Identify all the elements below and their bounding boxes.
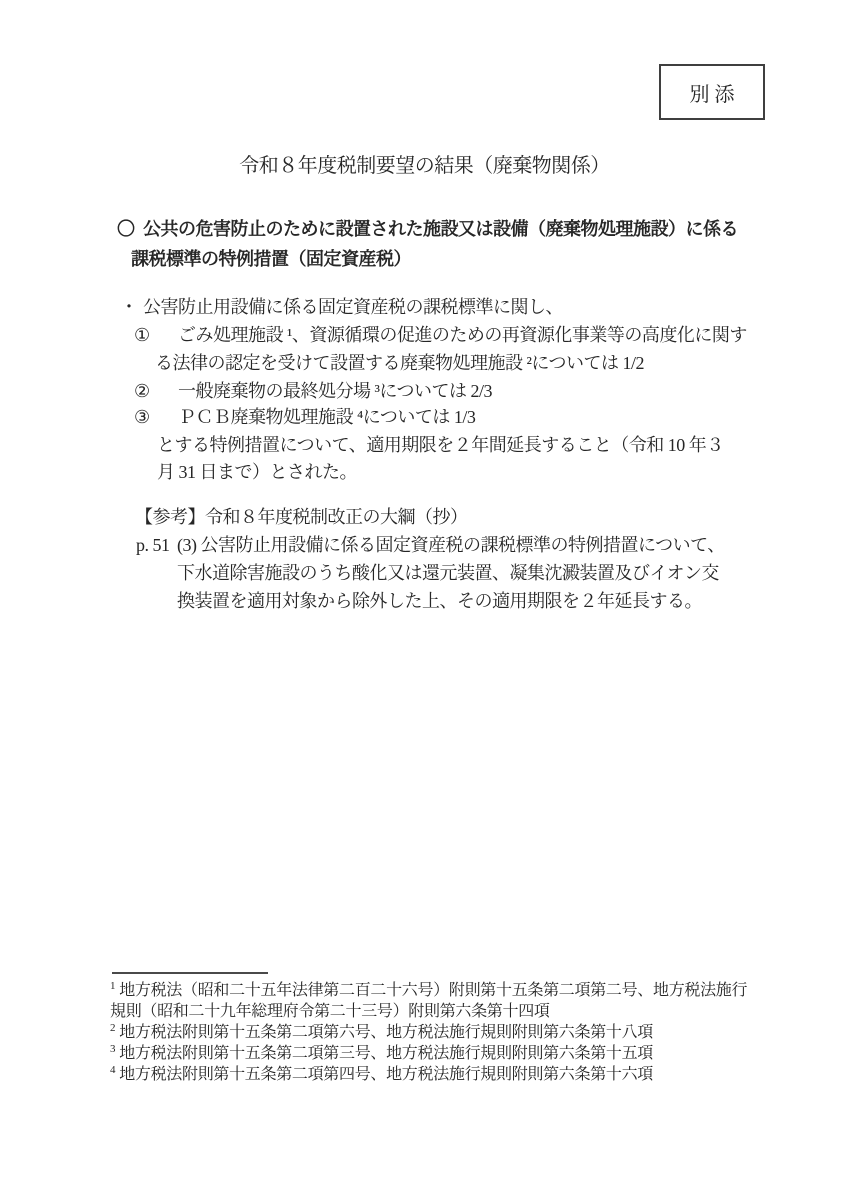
footnote-separator	[112, 972, 268, 974]
item-1-text-line2: る法律の認定を受けて設置する廃棄物処理施設 ²については 1/2	[155, 352, 644, 375]
section-title-line2: 課税標準の特例措置（固定資産税）	[131, 248, 411, 271]
footnote-4: 4地方税法附則第十五条第二項第四号、地方税法施行規則附則第六条第十六項	[110, 1064, 760, 1085]
footnote-1: 1地方税法（昭和二十五年法律第二百二十六号）附則第十五条第二項第二号、地方税法施…	[110, 980, 760, 1022]
footnote-2-marker: 2	[110, 1022, 115, 1034]
conclusion-line1: とする特例措置について、適用期限を２年間延長すること（令和 10 年３	[157, 434, 724, 457]
attachment-label: 別添	[685, 78, 740, 107]
item-2-text: 一般廃棄物の最終処分場 ³については 2/3	[178, 380, 492, 403]
item-3-text: ＰＣＢ廃棄物処理施設 ⁴については 1/3	[178, 406, 475, 429]
page-title: 令和８年度税制要望の結果（廃棄物関係）	[0, 149, 849, 178]
item-2-marker: ②	[134, 380, 150, 403]
bullet-marker: ・	[120, 296, 138, 319]
bullet-text: 公害防止用設備に係る固定資産税の課税標準に関し、	[143, 296, 563, 319]
attachment-box: 別添	[659, 64, 765, 120]
footnote-3-text: 地方税法附則第十五条第二項第三号、地方税法施行規則附則第六条第十五項	[119, 1045, 653, 1062]
item-1-marker: ①	[134, 324, 150, 347]
reference-heading: 【参考】令和８年度税制改正の大綱（抄）	[135, 506, 468, 529]
footnote-1-marker: 1	[110, 980, 115, 992]
item-3-marker: ③	[134, 406, 150, 429]
reference-text-line1: (3) 公害防止用設備に係る固定資産税の課税標準の特例措置について、	[177, 534, 725, 557]
section-marker: 〇	[117, 218, 135, 241]
footnote-2: 2地方税法附則第十五条第二項第六号、地方税法施行規則附則第六条第十八項	[110, 1022, 760, 1043]
footnote-3: 3地方税法附則第十五条第二項第三号、地方税法施行規則附則第六条第十五項	[110, 1043, 760, 1064]
reference-text-line2: 下水道除害施設のうち酸化又は還元装置、凝集沈澱装置及びイオン交	[177, 562, 719, 585]
footnotes: 1地方税法（昭和二十五年法律第二百二十六号）附則第十五条第二項第二号、地方税法施…	[110, 980, 760, 1085]
footnote-3-marker: 3	[110, 1043, 115, 1055]
footnote-1-text: 地方税法（昭和二十五年法律第二百二十六号）附則第十五条第二項第二号、地方税法施行…	[110, 982, 747, 1020]
document-page: 別添 令和８年度税制要望の結果（廃棄物関係） 〇 公共の危害防止のために設置され…	[0, 0, 849, 1200]
section-title-line1: 公共の危害防止のために設置された施設又は設備（廃棄物処理施設）に係る	[143, 218, 738, 241]
conclusion-line2: 月 31 日まで）とされた。	[157, 461, 357, 484]
footnote-4-marker: 4	[110, 1064, 115, 1076]
footnote-4-text: 地方税法附則第十五条第二項第四号、地方税法施行規則附則第六条第十六項	[119, 1066, 653, 1083]
reference-page-number: p. 51	[136, 534, 170, 557]
footnote-2-text: 地方税法附則第十五条第二項第六号、地方税法施行規則附則第六条第十八項	[119, 1024, 653, 1041]
reference-text-line3: 換装置を適用対象から除外した上、その適用期限を２年延長する。	[177, 590, 702, 613]
item-1-text-line1: ごみ処理施設 ¹、資源循環の促進のための再資源化事業等の高度化に関す	[178, 324, 747, 347]
